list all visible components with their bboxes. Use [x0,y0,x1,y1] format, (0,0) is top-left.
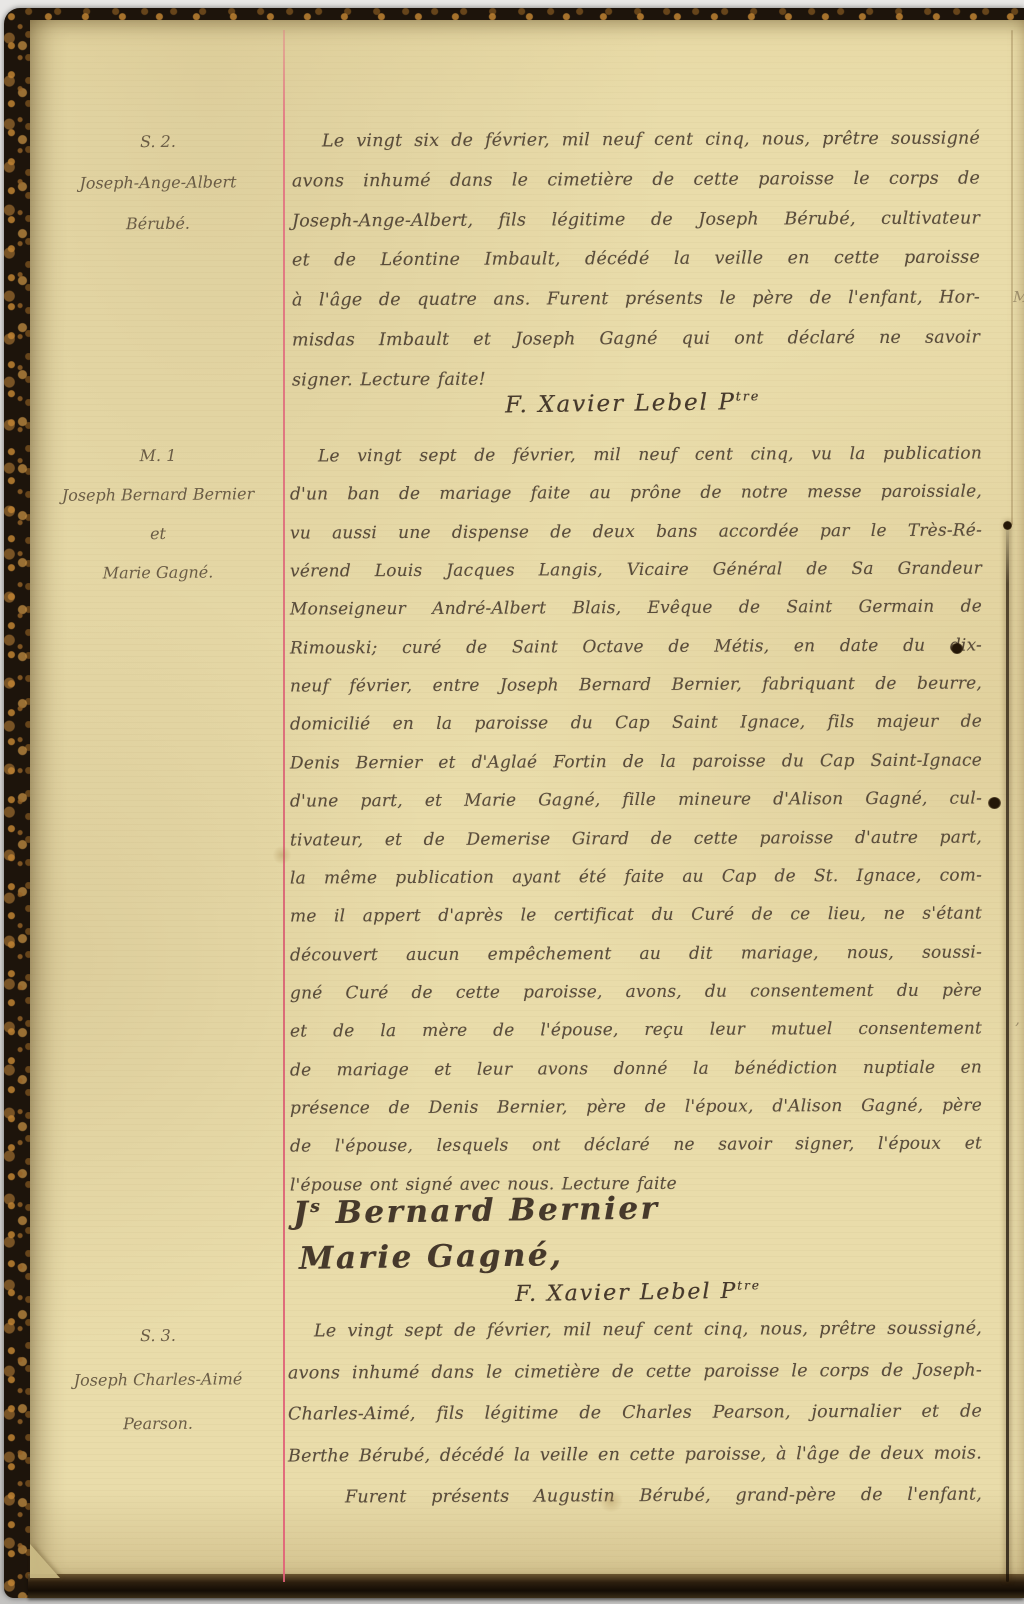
ink-blot [951,643,963,654]
gutter-crease [1006,520,1009,1582]
manuscript-line: à l'âge de quatre ans. Furent présents l… [292,290,980,311]
margin-annotation: S. 2. [36,133,280,151]
manuscript-line: tivateur, et de Demerise Girard de cette… [290,829,982,849]
margin-annotation: et [36,525,280,543]
page-corner-fold [30,1544,60,1578]
manuscript-line: Denis Bernier et d'Aglaé Fortin de la pa… [290,752,982,772]
manuscript-line: Charles-Aimé, fils légitime de Charles P… [288,1404,982,1425]
manuscript-line: Furent présents Augustin Bérubé, grand-p… [345,1487,982,1507]
book-bottom-edge [28,1574,1024,1598]
margin-annotation: Pearson. [36,1415,280,1433]
manuscript-line: de l'épouse, lesquels ont déclaré ne sav… [290,1136,982,1156]
manuscript-line: Le vingt sept de février, mil neuf cent … [288,1320,982,1341]
manuscript-line: découvert aucun empêchement au dit maria… [290,944,982,964]
manuscript-line: gné Curé de cette paroisse, avons, du co… [290,982,982,1002]
ink-blot [988,797,1001,809]
margin-annotation: Joseph Bernard Bernier [36,486,280,504]
manuscript-line: Monseigneur André-Albert Blais, Evêque d… [290,599,982,619]
ink-blot [1003,521,1012,530]
signature: Marie Gagné, [299,1240,564,1275]
manuscript-line: d'un ban de mariage faite au prône de no… [290,484,982,504]
manuscript-line: et de la mère de l'épouse, reçu leur mut… [290,1021,982,1041]
margin-annotation: Joseph-Ange-Albert [36,174,280,192]
paper-stain [598,1490,624,1512]
manuscript-line: Le vingt six de février, mil neuf cent c… [292,130,980,151]
manuscript-line: Rimouski; curé de Saint Octave de Métis,… [290,637,982,657]
facing-page-fragment: ‚ [1015,1010,1020,1028]
manuscript-line: signer. Lecture faite! [292,369,980,390]
manuscript-line: présence de Denis Bernier, père de l'épo… [290,1097,982,1117]
register-scan: { "document": { "kind_label": "Parish re… [0,0,1024,1604]
signature: F. Xavier Lebel Ptre [515,1279,761,1306]
manuscript-line: la même publication ayant été faite au C… [290,867,982,887]
page-right-edge [1011,30,1013,525]
manuscript-line: de mariage et leur avons donné la bénédi… [290,1059,982,1079]
facing-page-fragment: М [1013,288,1024,306]
manuscript-line: misdas Imbault et Joseph Gagné qui ont d… [292,329,980,350]
manuscript-line: Joseph-Ange-Albert, fils légitime de Jos… [292,210,980,231]
paper-stain [272,846,292,864]
manuscript-line: vérend Louis Jacques Langis, Vicaire Gén… [290,561,982,581]
manuscript-line: d'une part, et Marie Gagné, fille mineur… [290,791,982,811]
manuscript-line: me il appert d'après le certificat du Cu… [290,906,982,926]
signature: F. Xavier Lebel Ptre [505,390,761,417]
manuscript-line: et de Léontine Imbault, décédé la veille… [292,250,980,271]
margin-annotation: Joseph Charles-Aimé [36,1371,280,1389]
manuscript-line: Berthe Bérubé, décédé la veille en cette… [288,1445,982,1466]
manuscript-line: neuf février, entre Joseph Bernard Berni… [290,676,982,696]
margin-annotation: S. 3. [36,1327,280,1345]
manuscript-line: avons inhumé dans le cimetière de cette … [292,170,980,191]
signature: Js Bernard Bernier [293,1193,660,1229]
manuscript-line: Le vingt sept de février, mil neuf cent … [290,445,982,465]
margin-rule-line [283,30,285,1582]
manuscript-line: vu aussi une dispense de deux bans accor… [290,522,982,542]
margin-annotation: Marie Gagné. [36,564,280,582]
manuscript-line: avons inhumé dans le cimetière de cette … [288,1362,982,1383]
margin-annotation: Bérubé. [36,215,280,233]
margin-annotation: M. 1 [36,447,280,465]
manuscript-line: domicilié en la paroisse du Cap Saint Ig… [290,714,982,734]
